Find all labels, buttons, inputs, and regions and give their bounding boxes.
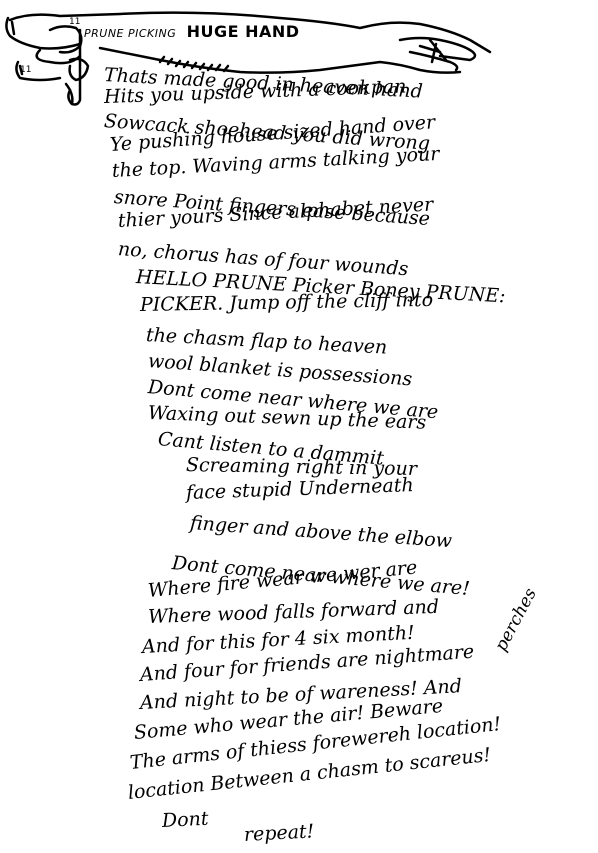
margin-note: perches (491, 585, 541, 655)
title-main: HUGE HAND (187, 22, 300, 41)
title-prefix: PRUNE PICKING (84, 27, 176, 40)
banner-title: PRUNE PICKING HUGE HAND (84, 22, 300, 41)
pointing-hand-icon: 11 11 (0, 0, 598, 120)
svg-text:11: 11 (20, 65, 31, 75)
poem-line: finger and above the elbow (189, 514, 452, 551)
handwritten-poem-page: 11 11 PRUNE PICKING HUGE HAND Thats made… (0, 0, 598, 853)
poem-line: face stupid Underneath (186, 476, 414, 503)
poem-line: Dont (162, 810, 209, 831)
svg-text:11: 11 (69, 17, 80, 27)
poem-line: repeat! (244, 822, 315, 845)
poem-line: PICKER. Jump off the cliff into (140, 291, 433, 315)
